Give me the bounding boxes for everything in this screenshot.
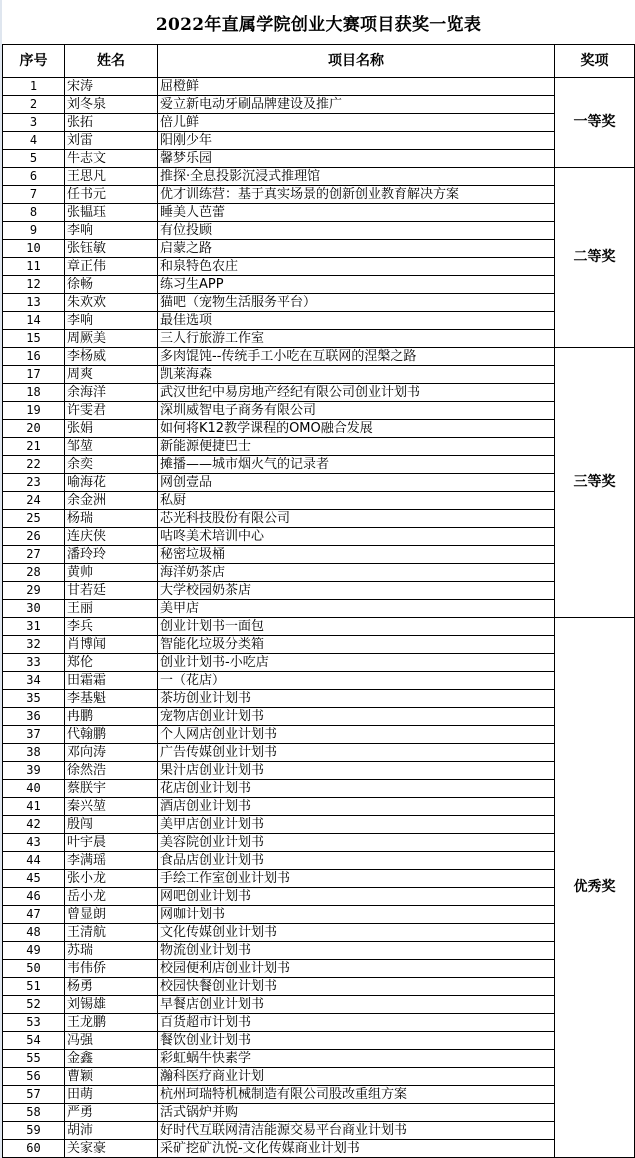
project-name: 文化传媒创业计划书 xyxy=(158,924,555,942)
row-number: 36 xyxy=(3,708,65,726)
project-name: 优才训练营：基于真实场景的创新创业教育解决方案 xyxy=(158,186,555,204)
project-name: 有位投顾 xyxy=(158,222,555,240)
project-name: 校园便利店创业计划书 xyxy=(158,960,555,978)
project-name: 推探·全息投影沉浸式推理馆 xyxy=(158,168,555,186)
table-row: 48王清航文化传媒创业计划书 xyxy=(3,924,635,942)
participant-name: 李兵 xyxy=(65,618,158,636)
project-name: 物流创业计划书 xyxy=(158,942,555,960)
participant-name: 潘玲玲 xyxy=(65,546,158,564)
table-row: 50韦伟侨校园便利店创业计划书 xyxy=(3,960,635,978)
row-number: 44 xyxy=(3,852,65,870)
row-number: 54 xyxy=(3,1032,65,1050)
participant-name: 邓向涛 xyxy=(65,744,158,762)
row-number: 28 xyxy=(3,564,65,582)
row-number: 48 xyxy=(3,924,65,942)
table-row: 15周厥美三人行旅游工作室 xyxy=(3,330,635,348)
table-body: 1宋涛屈橙鲜一等奖2刘冬泉爱立新电动牙刷品牌建设及推广3张拓倍儿鲜4刘雷阳刚少年… xyxy=(3,78,635,1158)
row-number: 14 xyxy=(3,312,65,330)
row-number: 22 xyxy=(3,456,65,474)
participant-name: 喻海花 xyxy=(65,474,158,492)
row-number: 53 xyxy=(3,1014,65,1032)
participant-name: 刘冬泉 xyxy=(65,96,158,114)
row-number: 34 xyxy=(3,672,65,690)
table-row: 14李响最佳选项 xyxy=(3,312,635,330)
project-name: 和泉特色农庄 xyxy=(158,258,555,276)
table-row: 4刘雷阳刚少年 xyxy=(3,132,635,150)
participant-name: 牛志文 xyxy=(65,150,158,168)
participant-name: 刘雷 xyxy=(65,132,158,150)
project-name: 活式锅炉并购 xyxy=(158,1104,555,1122)
project-name: 百货超市计划书 xyxy=(158,1014,555,1032)
project-name: 三人行旅游工作室 xyxy=(158,330,555,348)
row-number: 5 xyxy=(3,150,65,168)
participant-name: 代翰鹏 xyxy=(65,726,158,744)
row-number: 24 xyxy=(3,492,65,510)
project-name: 杭州珂瑞特机械制造有限公司股改重组方案 xyxy=(158,1086,555,1104)
row-number: 47 xyxy=(3,906,65,924)
participant-name: 朱欢欢 xyxy=(65,294,158,312)
project-name: 咕咚美术培训中心 xyxy=(158,528,555,546)
participant-name: 章正伟 xyxy=(65,258,158,276)
header-award: 奖项 xyxy=(555,45,635,78)
participant-name: 严勇 xyxy=(65,1104,158,1122)
table-row: 19许雯君深圳威智电子商务有限公司 xyxy=(3,402,635,420)
row-number: 21 xyxy=(3,438,65,456)
participant-name: 杨勇 xyxy=(65,978,158,996)
table-row: 56曹颖瀚科医疗商业计划 xyxy=(3,1068,635,1086)
table-row: 7任书元优才训练营：基于真实场景的创新创业教育解决方案 xyxy=(3,186,635,204)
project-name: 瀚科医疗商业计划 xyxy=(158,1068,555,1086)
project-name: 练习生APP xyxy=(158,276,555,294)
row-number: 45 xyxy=(3,870,65,888)
table-row: 44李满瑶食品店创业计划书 xyxy=(3,852,635,870)
row-number: 15 xyxy=(3,330,65,348)
row-number: 19 xyxy=(3,402,65,420)
table-row: 32肖博闻智能化垃圾分类箱 xyxy=(3,636,635,654)
row-number: 31 xyxy=(3,618,65,636)
project-name: 花店创业计划书 xyxy=(158,780,555,798)
participant-name: 刘锡雄 xyxy=(65,996,158,1014)
participant-name: 曾显朗 xyxy=(65,906,158,924)
project-name: 馨梦乐园 xyxy=(158,150,555,168)
row-number: 26 xyxy=(3,528,65,546)
project-name: 美容院创业计划书 xyxy=(158,834,555,852)
participant-name: 岳小龙 xyxy=(65,888,158,906)
table-row: 39徐然浩果汁店创业计划书 xyxy=(3,762,635,780)
row-number: 52 xyxy=(3,996,65,1014)
project-name: 私厨 xyxy=(158,492,555,510)
project-name: 睡美人芭蕾 xyxy=(158,204,555,222)
table-row: 20张娟如何将K12教学课程的OMO融合发展 xyxy=(3,420,635,438)
participant-name: 殷闯 xyxy=(65,816,158,834)
participant-name: 金鑫 xyxy=(65,1050,158,1068)
row-number: 40 xyxy=(3,780,65,798)
project-name: 多肉馄饨--传统手工小吃在互联网的涅槃之路 xyxy=(158,348,555,366)
table-row: 10张钰敏启蒙之路 xyxy=(3,240,635,258)
project-name: 宠物店创业计划书 xyxy=(158,708,555,726)
participant-name: 黄帅 xyxy=(65,564,158,582)
participant-name: 蔡朕宇 xyxy=(65,780,158,798)
project-name: 海洋奶茶店 xyxy=(158,564,555,582)
table-row: 53王龙鹏百货超市计划书 xyxy=(3,1014,635,1032)
participant-name: 冉鹏 xyxy=(65,708,158,726)
project-name: 网咖计划书 xyxy=(158,906,555,924)
row-number: 57 xyxy=(3,1086,65,1104)
participant-name: 田霜霜 xyxy=(65,672,158,690)
participant-name: 肖博闻 xyxy=(65,636,158,654)
project-name: 美甲店创业计划书 xyxy=(158,816,555,834)
participant-name: 张韫珏 xyxy=(65,204,158,222)
participant-name: 张拓 xyxy=(65,114,158,132)
participant-name: 秦兴堃 xyxy=(65,798,158,816)
table-row: 38邓向涛广告传媒创业计划书 xyxy=(3,744,635,762)
project-name: 手绘工作室创业计划书 xyxy=(158,870,555,888)
row-number: 30 xyxy=(3,600,65,618)
participant-name: 余金洲 xyxy=(65,492,158,510)
participant-name: 连庆侠 xyxy=(65,528,158,546)
project-name: 果汁店创业计划书 xyxy=(158,762,555,780)
project-name: 食品店创业计划书 xyxy=(158,852,555,870)
row-number: 46 xyxy=(3,888,65,906)
project-name: 好时代互联网清洁能源交易平台商业计划书 xyxy=(158,1122,555,1140)
row-number: 32 xyxy=(3,636,65,654)
row-number: 33 xyxy=(3,654,65,672)
table-row: 49苏瑞物流创业计划书 xyxy=(3,942,635,960)
row-number: 3 xyxy=(3,114,65,132)
table-row: 29甘若廷大学校园奶茶店 xyxy=(3,582,635,600)
project-name: 屈橙鲜 xyxy=(158,78,555,96)
table-row: 58严勇活式锅炉并购 xyxy=(3,1104,635,1122)
row-number: 38 xyxy=(3,744,65,762)
table-row: 57田萌杭州珂瑞特机械制造有限公司股改重组方案 xyxy=(3,1086,635,1104)
table-row: 9李响有位投顾 xyxy=(3,222,635,240)
project-name: 早餐店创业计划书 xyxy=(158,996,555,1014)
project-name: 美甲店 xyxy=(158,600,555,618)
table-header-row: 序号 姓名 项目名称 奖项 xyxy=(3,45,635,78)
project-name: 秘密垃圾桶 xyxy=(158,546,555,564)
row-number: 16 xyxy=(3,348,65,366)
row-number: 42 xyxy=(3,816,65,834)
table-row: 28黄帅海洋奶茶店 xyxy=(3,564,635,582)
row-number: 43 xyxy=(3,834,65,852)
participant-name: 周爽 xyxy=(65,366,158,384)
project-name: 一（花店） xyxy=(158,672,555,690)
table-row: 33郑伦创业计划书-小吃店 xyxy=(3,654,635,672)
row-number: 55 xyxy=(3,1050,65,1068)
participant-name: 李杨威 xyxy=(65,348,158,366)
row-number: 39 xyxy=(3,762,65,780)
row-number: 7 xyxy=(3,186,65,204)
row-number: 12 xyxy=(3,276,65,294)
participant-name: 张钰敏 xyxy=(65,240,158,258)
award-level: 三等奖 xyxy=(555,348,635,618)
participant-name: 徐然浩 xyxy=(65,762,158,780)
table-row: 24余金洲私厨 xyxy=(3,492,635,510)
table-row: 55金鑫彩虹蜗牛快素学 xyxy=(3,1050,635,1068)
project-name: 创业计划书一面包 xyxy=(158,618,555,636)
project-name: 个人网店创业计划书 xyxy=(158,726,555,744)
table-row: 11章正伟和泉特色农庄 xyxy=(3,258,635,276)
project-name: 凯莱海森 xyxy=(158,366,555,384)
participant-name: 王龙鹏 xyxy=(65,1014,158,1032)
project-name: 创业计划书-小吃店 xyxy=(158,654,555,672)
table-row: 40蔡朕宇花店创业计划书 xyxy=(3,780,635,798)
project-name: 采矿挖矿氿悦-文化传媒商业计划书 xyxy=(158,1140,555,1158)
table-row: 47曾显朗网咖计划书 xyxy=(3,906,635,924)
row-number: 25 xyxy=(3,510,65,528)
project-name: 广告传媒创业计划书 xyxy=(158,744,555,762)
project-name: 最佳选项 xyxy=(158,312,555,330)
project-name: 如何将K12教学课程的OMO融合发展 xyxy=(158,420,555,438)
row-number: 51 xyxy=(3,978,65,996)
row-number: 56 xyxy=(3,1068,65,1086)
row-number: 8 xyxy=(3,204,65,222)
participant-name: 李满瑶 xyxy=(65,852,158,870)
participant-name: 李基魁 xyxy=(65,690,158,708)
project-name: 彩虹蜗牛快素学 xyxy=(158,1050,555,1068)
table-row: 52刘锡雄早餐店创业计划书 xyxy=(3,996,635,1014)
project-name: 芯光科技股份有限公司 xyxy=(158,510,555,528)
row-number: 37 xyxy=(3,726,65,744)
project-name: 大学校园奶茶店 xyxy=(158,582,555,600)
project-name: 网吧创业计划书 xyxy=(158,888,555,906)
table-row: 60关家豪采矿挖矿氿悦-文化传媒商业计划书 xyxy=(3,1140,635,1158)
table-row: 13朱欢欢猫吧（宠物生活服务平台） xyxy=(3,294,635,312)
project-name: 智能化垃圾分类箱 xyxy=(158,636,555,654)
table-row: 59胡沛好时代互联网清洁能源交易平台商业计划书 xyxy=(3,1122,635,1140)
table-row: 34田霜霜一（花店） xyxy=(3,672,635,690)
participant-name: 韦伟侨 xyxy=(65,960,158,978)
table-row: 3张拓倍儿鲜 xyxy=(3,114,635,132)
row-number: 10 xyxy=(3,240,65,258)
table-row: 21邹堃新能源便捷巴士 xyxy=(3,438,635,456)
participant-name: 冯强 xyxy=(65,1032,158,1050)
table-row: 36冉鹏宠物店创业计划书 xyxy=(3,708,635,726)
project-name: 摊播——城市烟火气的记录者 xyxy=(158,456,555,474)
row-number: 35 xyxy=(3,690,65,708)
participant-name: 邹堃 xyxy=(65,438,158,456)
row-number: 41 xyxy=(3,798,65,816)
participant-name: 胡沛 xyxy=(65,1122,158,1140)
participant-name: 苏瑞 xyxy=(65,942,158,960)
row-number: 58 xyxy=(3,1104,65,1122)
row-number: 20 xyxy=(3,420,65,438)
row-number: 6 xyxy=(3,168,65,186)
project-name: 新能源便捷巴士 xyxy=(158,438,555,456)
participant-name: 张娟 xyxy=(65,420,158,438)
project-name: 茶坊创业计划书 xyxy=(158,690,555,708)
participant-name: 许雯君 xyxy=(65,402,158,420)
project-name: 深圳威智电子商务有限公司 xyxy=(158,402,555,420)
participant-name: 张小龙 xyxy=(65,870,158,888)
table-row: 35李基魁茶坊创业计划书 xyxy=(3,690,635,708)
participant-name: 李响 xyxy=(65,312,158,330)
table-row: 46岳小龙网吧创业计划书 xyxy=(3,888,635,906)
project-name: 校园快餐创业计划书 xyxy=(158,978,555,996)
participant-name: 田萌 xyxy=(65,1086,158,1104)
table-row: 18余海洋武汉世纪中易房地产经纪有限公司创业计划书 xyxy=(3,384,635,402)
award-level: 优秀奖 xyxy=(555,618,635,1158)
participant-name: 周厥美 xyxy=(65,330,158,348)
participant-name: 叶宇晨 xyxy=(65,834,158,852)
project-name: 武汉世纪中易房地产经纪有限公司创业计划书 xyxy=(158,384,555,402)
participant-name: 王清航 xyxy=(65,924,158,942)
row-number: 1 xyxy=(3,78,65,96)
table-row: 42殷闯美甲店创业计划书 xyxy=(3,816,635,834)
row-number: 29 xyxy=(3,582,65,600)
table-row: 26连庆侠咕咚美术培训中心 xyxy=(3,528,635,546)
project-name: 猫吧（宠物生活服务平台） xyxy=(158,294,555,312)
page-title: 2022年直属学院创业大赛项目获奖一览表 xyxy=(2,0,635,45)
table-row: 27潘玲玲秘密垃圾桶 xyxy=(3,546,635,564)
table-row: 41秦兴堃酒店创业计划书 xyxy=(3,798,635,816)
table-row: 45张小龙手绘工作室创业计划书 xyxy=(3,870,635,888)
project-name: 爱立新电动牙刷品牌建设及推广 xyxy=(158,96,555,114)
participant-name: 李响 xyxy=(65,222,158,240)
table-row: 51杨勇校园快餐创业计划书 xyxy=(3,978,635,996)
project-name: 餐饮创业计划书 xyxy=(158,1032,555,1050)
row-number: 59 xyxy=(3,1122,65,1140)
table-row: 6王思凡推探·全息投影沉浸式推理馆二等奖 xyxy=(3,168,635,186)
participant-name: 王思凡 xyxy=(65,168,158,186)
row-number: 50 xyxy=(3,960,65,978)
header-name: 姓名 xyxy=(65,45,158,78)
table-row: 30王丽美甲店 xyxy=(3,600,635,618)
table-row: 8张韫珏睡美人芭蕾 xyxy=(3,204,635,222)
row-number: 9 xyxy=(3,222,65,240)
participant-name: 杨瑞 xyxy=(65,510,158,528)
participant-name: 徐畅 xyxy=(65,276,158,294)
project-name: 倍儿鲜 xyxy=(158,114,555,132)
row-number: 17 xyxy=(3,366,65,384)
table-row: 25杨瑞芯光科技股份有限公司 xyxy=(3,510,635,528)
participant-name: 任书元 xyxy=(65,186,158,204)
row-number: 4 xyxy=(3,132,65,150)
participant-name: 余海洋 xyxy=(65,384,158,402)
header-no: 序号 xyxy=(3,45,65,78)
table-row: 5牛志文馨梦乐园 xyxy=(3,150,635,168)
participant-name: 宋涛 xyxy=(65,78,158,96)
project-name: 网创壹品 xyxy=(158,474,555,492)
row-number: 23 xyxy=(3,474,65,492)
table-row: 37代翰鹏个人网店创业计划书 xyxy=(3,726,635,744)
table-row: 12徐畅练习生APP xyxy=(3,276,635,294)
participant-name: 王丽 xyxy=(65,600,158,618)
participant-name: 关家豪 xyxy=(65,1140,158,1158)
participant-name: 郑伦 xyxy=(65,654,158,672)
award-level: 二等奖 xyxy=(555,168,635,348)
row-number: 11 xyxy=(3,258,65,276)
row-number: 60 xyxy=(3,1140,65,1158)
row-number: 2 xyxy=(3,96,65,114)
awards-table: 序号 姓名 项目名称 奖项 1宋涛屈橙鲜一等奖2刘冬泉爱立新电动牙刷品牌建设及推… xyxy=(2,44,635,1158)
row-number: 27 xyxy=(3,546,65,564)
table-row: 22余奕摊播——城市烟火气的记录者 xyxy=(3,456,635,474)
participant-name: 曹颖 xyxy=(65,1068,158,1086)
project-name: 启蒙之路 xyxy=(158,240,555,258)
header-project: 项目名称 xyxy=(158,45,555,78)
row-number: 13 xyxy=(3,294,65,312)
table-row: 16李杨威多肉馄饨--传统手工小吃在互联网的涅槃之路三等奖 xyxy=(3,348,635,366)
table-row: 31李兵创业计划书一面包优秀奖 xyxy=(3,618,635,636)
table-row: 23喻海花网创壹品 xyxy=(3,474,635,492)
project-name: 阳刚少年 xyxy=(158,132,555,150)
table-row: 54冯强餐饮创业计划书 xyxy=(3,1032,635,1050)
table-row: 2刘冬泉爱立新电动牙刷品牌建设及推广 xyxy=(3,96,635,114)
award-level: 一等奖 xyxy=(555,78,635,168)
row-number: 18 xyxy=(3,384,65,402)
participant-name: 余奕 xyxy=(65,456,158,474)
project-name: 酒店创业计划书 xyxy=(158,798,555,816)
table-row: 43叶宇晨美容院创业计划书 xyxy=(3,834,635,852)
row-number: 49 xyxy=(3,942,65,960)
participant-name: 甘若廷 xyxy=(65,582,158,600)
table-row: 1宋涛屈橙鲜一等奖 xyxy=(3,78,635,96)
table-row: 17周爽凯莱海森 xyxy=(3,366,635,384)
